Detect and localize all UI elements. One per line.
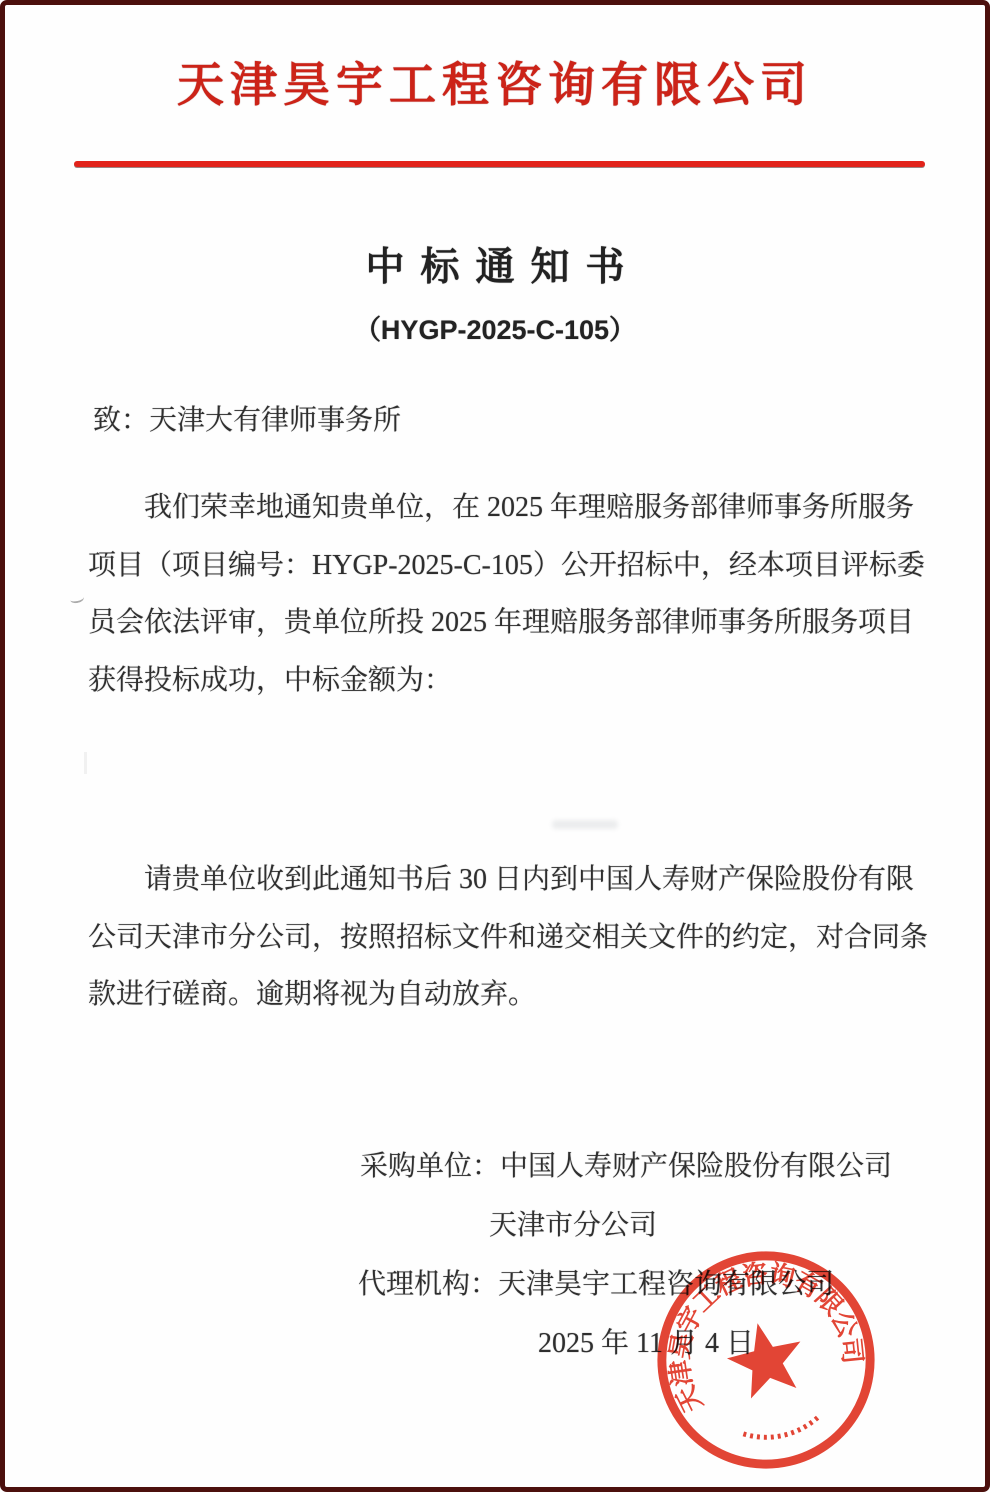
scan-artifact-mark: [69, 593, 85, 605]
letterhead-divider-rule: [74, 161, 925, 167]
paragraph-line: 项目（项目编号：HYGP-2025-C-105）公开招标中，经本项目评标委: [88, 537, 928, 595]
recipient-line: 致：天津大有律师事务所: [93, 398, 401, 438]
purchaser-branch-line: 天津市分公司: [489, 1203, 657, 1243]
notice-title: 中标通知书: [0, 236, 990, 292]
paragraph-line: 款进行磋商。逾期将视为自动放弃。: [88, 966, 928, 1024]
paragraph-line: 员会依法评审，贵单位所投 2025 年理赔服务部律师事务所服务项目: [88, 594, 928, 652]
company-seal: 天津昊宇工程咨询有限公司: [641, 1235, 891, 1485]
erased-amount-smudge: [552, 820, 618, 829]
paragraph-award: 我们荣幸地通知贵单位，在 2025 年理赔服务部律师事务所服务 项目（项目编号：…: [88, 479, 928, 709]
paragraph-line: 公司天津市分公司，按照招标文件和递交相关文件的约定，对合同条: [88, 909, 928, 967]
paragraph-line: 请贵单位收到此通知书后 30 日内到中国人寿财产保险股份有限: [88, 851, 928, 909]
paragraph-line: 获得投标成功，中标金额为：: [88, 652, 928, 710]
award-notice-document: 天津昊宇工程咨询有限公司 中标通知书 （HYGP-2025-C-105） 致：天…: [0, 0, 990, 1492]
letterhead-company-name: 天津昊宇工程咨询有限公司: [0, 48, 990, 115]
paragraph-line: 我们荣幸地通知贵单位，在 2025 年理赔服务部律师事务所服务: [88, 479, 928, 537]
purchaser-line: 采购单位：中国人寿财产保险股份有限公司: [360, 1144, 892, 1184]
seal-serial-marks: [743, 1417, 821, 1444]
project-code: （HYGP-2025-C-105）: [0, 308, 990, 347]
scan-artifact-mark: [84, 752, 87, 774]
seal-star-icon: [721, 1315, 811, 1402]
paragraph-instructions: 请贵单位收到此通知书后 30 日内到中国人寿财产保险股份有限 公司天津市分公司，…: [88, 851, 928, 1024]
